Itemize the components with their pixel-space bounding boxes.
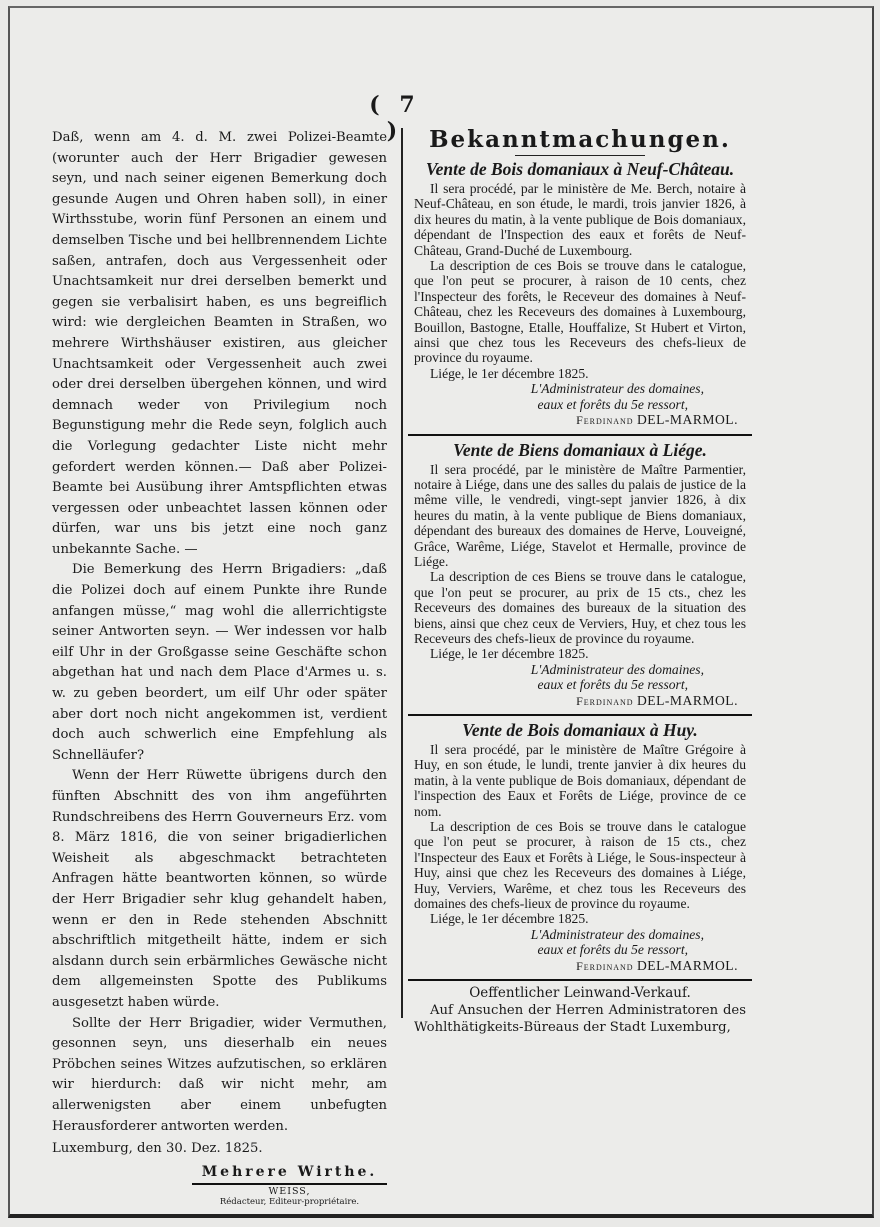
notice-title: Oeffentlicher Leinwand-Verkauf. <box>414 985 746 1002</box>
imprint-role: Rédacteur, Editeur-propriétaire. <box>192 1197 387 1207</box>
notice-place-date: Liége, le 1er décembre 1825. <box>414 646 746 661</box>
notice-liege: Vente de Biens domaniaux à Liége. Il ser… <box>414 440 746 710</box>
notice-signature-name: Ferdinand DEL-MARMOL. <box>414 958 746 974</box>
imprint: WEISS, Rédacteur, Editeur-propriétaire. <box>192 1187 387 1207</box>
notice-signature-line: eaux et forêts du 5e ressort, <box>414 397 746 412</box>
letter-place-date: Luxemburg, den 30. Dez. 1825. <box>52 1139 387 1160</box>
signature-last-name: DEL-MARMOL. <box>637 412 738 427</box>
notice-paragraph: Il sera procédé, par le ministère de Me.… <box>414 181 746 258</box>
section-title: Bekanntmachungen. <box>414 125 746 155</box>
column-divider <box>401 128 403 1018</box>
notice-linen-sale: Oeffentlicher Leinwand-Verkauf. Auf Ansu… <box>414 985 746 1036</box>
notice-signature-line: eaux et forêts du 5e ressort, <box>414 677 746 692</box>
letter-paragraph-3: Wenn der Herr Rüwette übrigens durch den… <box>52 766 387 1013</box>
notice-signature-line: L'Administrateur des domaines, <box>414 381 746 396</box>
notice-paragraph: Il sera procédé, par le ministère de Maî… <box>414 462 746 570</box>
letter-paragraph-1: Daß, wenn am 4. d. M. zwei Polizei-Beamt… <box>52 128 387 560</box>
notice-neufchateau: Vente de Bois domaniaux à Neuf-Château. … <box>414 159 746 429</box>
notice-paragraph: Il sera procédé, par le ministère de Maî… <box>414 742 746 819</box>
letter-signature: Mehrere Wirthe. <box>192 1162 387 1186</box>
notice-signature-line: eaux et forêts du 5e ressort, <box>414 942 746 957</box>
notice-title: Vente de Bois domaniaux à Neuf-Château. <box>414 159 746 179</box>
notice-paragraph: La description de ces Biens se trouve da… <box>414 569 746 646</box>
letter-paragraph-4: Sollte der Herr Brigadier, wider Vermuth… <box>52 1014 387 1138</box>
notice-rule <box>408 979 752 981</box>
notice-place-date: Liége, le 1er décembre 1825. <box>414 366 746 381</box>
signature-last-name: DEL-MARMOL. <box>637 958 738 973</box>
notice-title: Vente de Biens domaniaux à Liége. <box>414 440 746 460</box>
notice-rule <box>408 434 752 436</box>
title-rule <box>515 155 645 156</box>
right-column: Bekanntmachungen. Vente de Bois domaniau… <box>414 125 746 1036</box>
notice-paragraph: La description de ces Bois se trouve dan… <box>414 258 746 366</box>
signature-first-name: Ferdinand <box>576 694 633 708</box>
notice-huy: Vente de Bois domaniaux à Huy. Il sera p… <box>414 720 746 974</box>
signature-first-name: Ferdinand <box>576 959 633 973</box>
notice-place-date: Liége, le 1er décembre 1825. <box>414 911 746 926</box>
notice-title: Vente de Bois domaniaux à Huy. <box>414 720 746 740</box>
notice-paragraph: Auf Ansuchen der Herren Administratoren … <box>414 1002 746 1036</box>
notice-paragraph: La description de ces Bois se trouve dan… <box>414 819 746 911</box>
left-column: Daß, wenn am 4. d. M. zwei Polizei-Beamt… <box>52 128 387 1207</box>
notice-signature-name: Ferdinand DEL-MARMOL. <box>414 412 746 428</box>
notice-rule <box>408 714 752 716</box>
notice-signature-name: Ferdinand DEL-MARMOL. <box>414 693 746 709</box>
imprint-name: WEISS, <box>192 1187 387 1197</box>
letter-paragraph-2: Die Bemerkung des Herrn Brigadiers: „daß… <box>52 560 387 766</box>
signature-first-name: Ferdinand <box>576 413 633 427</box>
notice-signature-line: L'Administrateur des domaines, <box>414 927 746 942</box>
notice-signature-line: L'Administrateur des domaines, <box>414 662 746 677</box>
signature-last-name: DEL-MARMOL. <box>637 693 738 708</box>
